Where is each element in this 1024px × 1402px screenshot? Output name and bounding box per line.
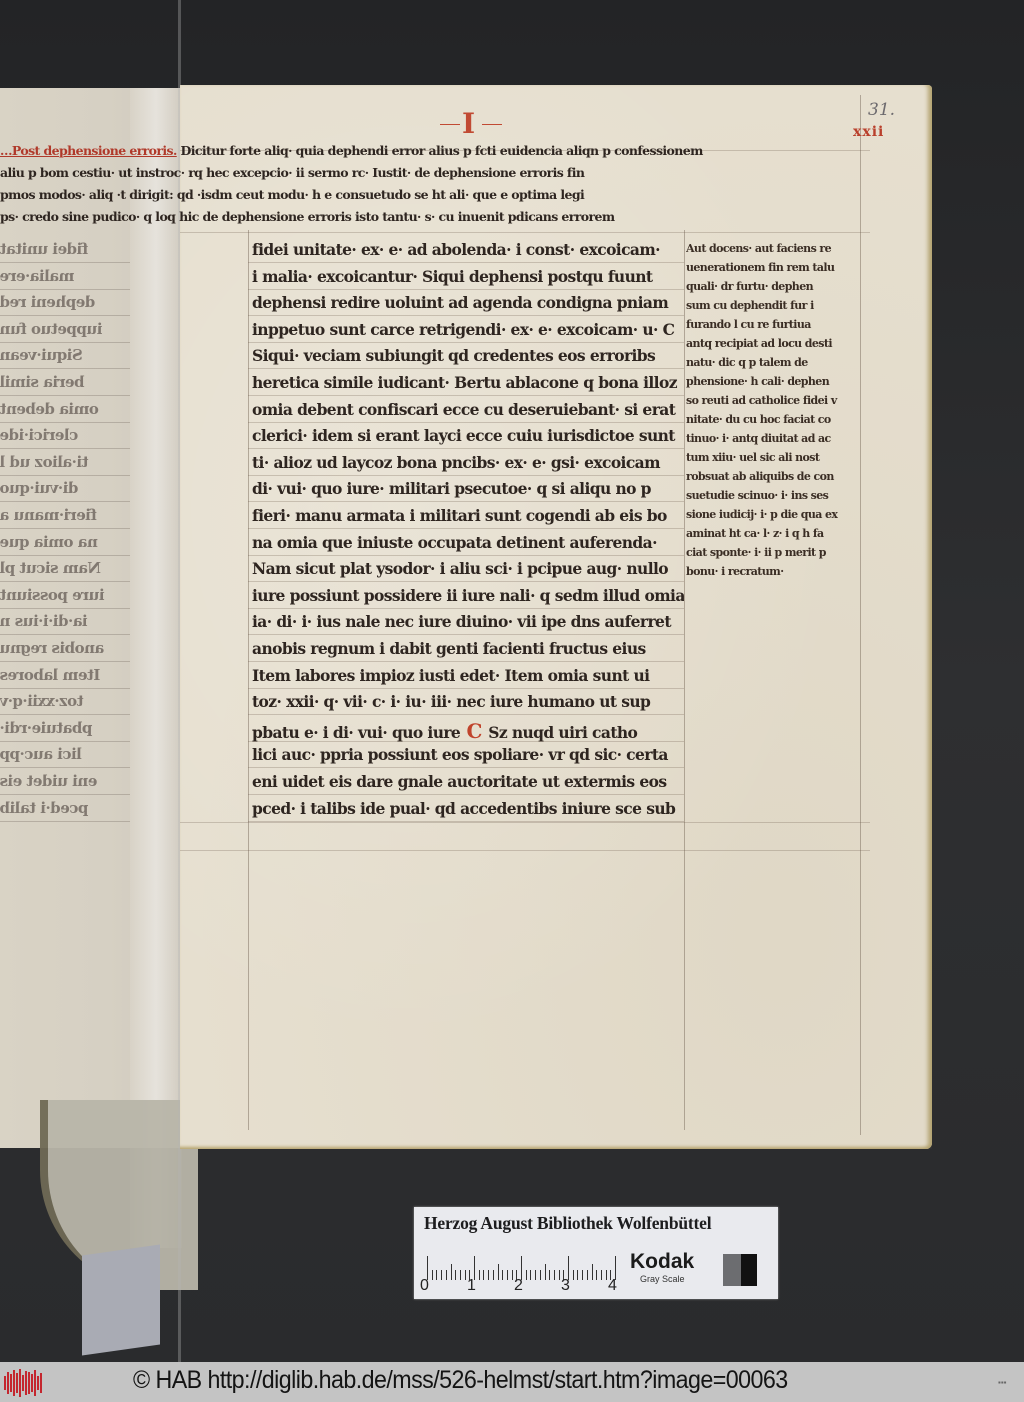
ghost-ruling: [0, 555, 130, 556]
heading-text: pmos modos· aliq ·t dirigit: qd ·isdm ce…: [0, 187, 584, 202]
rubric-title: …Post dephensione erroris.: [0, 143, 177, 158]
main-text-line: clerici· idem si erant layci ecce cuiu i…: [252, 426, 684, 445]
heading-line: aliu p bom cestiu· ut instroc· rq hec ex…: [0, 165, 868, 180]
heading-line: pmos modos· aliq ·t dirigit: qd ·isdm ce…: [0, 187, 868, 202]
ghost-line: fidei unitat: [0, 240, 130, 258]
ghost-ruling: [0, 395, 130, 396]
heading-line: ps· credo sine pudico· q loq hic de deph…: [0, 209, 868, 224]
ghost-ruling: [0, 634, 130, 635]
ruling-left-margin: [248, 230, 249, 1130]
main-text-line: eni uidet eis dare gnale auctoritate ut …: [252, 772, 684, 791]
color-target-card: Herzog August Bibliothek Wolfenbüttel 01…: [414, 1207, 778, 1299]
main-text-line: heretica simile iudicant· Bertu ablacone…: [252, 373, 684, 392]
ghost-line: ia·di·i·ius n: [0, 612, 130, 630]
ghost-line: beria simil: [0, 373, 130, 391]
ghost-ruling: [0, 528, 130, 529]
ghost-line: omia debent: [0, 400, 130, 418]
ghost-line: Item labores: [0, 666, 130, 684]
ruling-line: [248, 368, 684, 369]
ghost-line: clerici·ide: [0, 426, 130, 444]
ghost-line: pbatuie·rdi·: [0, 719, 130, 737]
ruling-line: [248, 688, 684, 689]
ruling-line: [248, 581, 684, 582]
ruling-line: [248, 661, 684, 662]
ghost-ruling: [0, 262, 130, 263]
ruling-footer-line: [180, 850, 870, 851]
gloss-line: uenerationem fin rem talu: [686, 261, 858, 274]
gloss-line: sum cu dephendit fur i: [686, 299, 858, 312]
ruling-line: [248, 528, 684, 529]
ghost-ruling: [0, 475, 130, 476]
ghost-line: Siqui·vean: [0, 346, 130, 364]
ghost-ruling: [0, 794, 130, 795]
heading-text: aliu p bom cestiu· ut instroc· rq hec ex…: [0, 165, 584, 180]
gloss-line: phensione· h cali· dephen: [686, 375, 858, 388]
ghost-line: iuppetuo fun: [0, 320, 130, 338]
ruling-line: [248, 741, 684, 742]
manuscript-image-viewer: fidei unitatmalia·eredepheni rediuppetuo…: [0, 0, 1024, 1364]
ghost-line: pced·i talib: [0, 799, 130, 817]
ghost-ruling: [0, 342, 130, 343]
ruler-number: 1: [467, 1277, 476, 1295]
ghost-line: depheni red: [0, 293, 130, 311]
ghost-ruling: [0, 661, 130, 662]
ghost-ruling: [0, 714, 130, 715]
ruling-line: [248, 422, 684, 423]
main-text-line: ti· alioz ud laycoz bona pncibs· ex· e· …: [252, 453, 684, 472]
main-text-line: Item labores impioz iusti edet· Item omi…: [252, 666, 684, 685]
ghost-line: lici auc·pp: [0, 745, 130, 763]
main-text-line: ia· di· i· ius nale nec iure diuino· vii…: [252, 612, 684, 631]
main-text-line: Siqui· veciam subiungit qd credentes eos…: [252, 346, 684, 365]
ghost-ruling: [0, 422, 130, 423]
ghost-ruling: [0, 289, 130, 290]
ruling-line: [248, 821, 684, 822]
ruler-number: 4: [608, 1277, 617, 1295]
copyright-url[interactable]: © HAB http://diglib.hab.de/mss/526-helms…: [133, 1366, 788, 1395]
gloss-line: tinuo· i· antq diuitat ad ac: [686, 432, 858, 445]
ruling-line: [248, 634, 684, 635]
main-text-line: inppetuo sunt carce retrigendi· ex· e· e…: [252, 320, 684, 339]
ghost-ruling: [0, 501, 130, 502]
kodak-logo: Kodak: [630, 1250, 694, 1274]
ghost-ruling: [0, 821, 130, 822]
ghost-line: na omia que: [0, 533, 130, 551]
ruling-line: [248, 448, 684, 449]
ghost-ruling: [0, 688, 130, 689]
ghost-ruling: [0, 767, 130, 768]
ruler-number: 0: [420, 1277, 429, 1295]
ghost-ruling: [0, 448, 130, 449]
gloss-line: nitate· du cu hoc faciat co: [686, 413, 858, 426]
ruling-line: [248, 608, 684, 609]
ghost-line: anobis regnu: [0, 639, 130, 657]
gloss-line: natu· dic q p talem de: [686, 356, 858, 369]
ruler-numbers: 01234: [420, 1277, 620, 1295]
heading-text: Dicitur forte aliq· quia dephendi error …: [177, 143, 703, 158]
gloss-line: suetudie scinuo· i· ins ses: [686, 489, 858, 502]
ghost-ruling: [0, 581, 130, 582]
library-name: Herzog August Bibliothek Wolfenbüttel: [424, 1213, 711, 1234]
ghost-ruling: [0, 315, 130, 316]
main-text-line: omia debent confiscari ecce cu deseruieb…: [252, 400, 684, 419]
ruling-text-bottom: [180, 822, 870, 823]
main-text-line: lici auc· ppria possiunt eos spoliare· v…: [252, 745, 684, 764]
ghost-line: ti·alioz ud l: [0, 453, 130, 471]
gloss-line: antq recipiat ad locu desti: [686, 337, 858, 350]
ruling-column-divider: [684, 230, 685, 1130]
ghost-line: fieri·manu a: [0, 506, 130, 524]
main-text-line: iure possiunt possidere ii iure nali· q …: [252, 586, 684, 605]
main-text-line: na omia que iniuste occupata detinent au…: [252, 533, 684, 552]
ghost-ruling: [0, 608, 130, 609]
gloss-line: ciat sponte· i· ii p merit p: [686, 546, 858, 559]
gloss-line: furando l cu re furtiua: [686, 318, 858, 331]
main-text-line: dephensi redire uoluint ad agenda condig…: [252, 293, 684, 312]
gloss-line: tum xiiu· uel sic ali nost: [686, 451, 858, 464]
main-text-line: pced· i talibs ide pual· qd accedentibs …: [252, 799, 684, 818]
main-text-line: Nam sicut plat ysodor· i aliu sci· i pci…: [252, 559, 684, 578]
main-text-continuation: Sz nuqd uiri catho: [488, 723, 637, 742]
ghost-line: toz·xxii·q·v: [0, 692, 130, 710]
ghost-line: di·vui·quo: [0, 479, 130, 497]
kodak-subtitle: Gray Scale: [640, 1274, 685, 1284]
main-text-line: toz· xxii· q· vii· c· i· iu· iii· nec iu…: [252, 692, 684, 711]
gray-patch-black: [741, 1254, 757, 1286]
ghost-ruling: [0, 368, 130, 369]
ruling-line: [248, 315, 684, 316]
decorated-initial: I: [462, 110, 475, 138]
ruler-number: 2: [514, 1277, 523, 1295]
heading-line: …Post dephensione erroris. Dicitur forte…: [0, 143, 868, 158]
folio-number: 31.: [868, 100, 895, 120]
ghost-line: malia·ere: [0, 267, 130, 285]
ghost-line: iure possiunt: [0, 586, 130, 604]
red-initial: C: [460, 719, 488, 743]
gloss-line: sione iudicij· i· p die qua ex: [686, 508, 858, 521]
ruling-line: [248, 767, 684, 768]
options-icon[interactable]: ▪▪▪: [998, 1378, 1007, 1387]
main-text-line: di· vui· quo iure· militari psecutoe· q …: [252, 479, 684, 498]
heading-text: ps· credo sine pudico· q loq hic de deph…: [0, 209, 614, 224]
ruling-head-bottom: [180, 232, 870, 233]
ruling-line: [248, 395, 684, 396]
gloss-line: quali· dr furtu· dephen: [686, 280, 858, 293]
main-text-line: anobis regnum i dabit genti facienti fru…: [252, 639, 684, 658]
ruling-line: [248, 289, 684, 290]
footer-bar: © HAB http://diglib.hab.de/mss/526-helms…: [0, 1362, 1024, 1402]
gloss-line: bonu· i recratum·: [686, 565, 858, 578]
gloss-line: so reuti ad catholice fidei v: [686, 394, 858, 407]
ruling-line: [248, 555, 684, 556]
ruling-line: [248, 794, 684, 795]
main-text-line: i malia· excoicantur· Siqui dephensi pos…: [252, 267, 684, 286]
main-text-line: fidei unitate· ex· e· ad abolenda· i con…: [252, 240, 684, 259]
ghost-line: Nam sicut pl: [0, 559, 130, 577]
ruling-line: [248, 262, 684, 263]
gloss-line: aminat ht ca· l· z· i q h fa: [686, 527, 858, 540]
glass-plate-reflection: [130, 88, 182, 1248]
shelfmark-label: [82, 1245, 160, 1356]
gloss-line: robsuat ab aliquibs de con: [686, 470, 858, 483]
ruling-line: [248, 342, 684, 343]
gloss-line: Aut docens· aut faciens re: [686, 242, 858, 255]
ruling-line: [248, 714, 684, 715]
gray-patch-mid: [723, 1254, 741, 1286]
ruling-line: [248, 501, 684, 502]
main-text-line: pbatu e· i di· vui· quo iure C Sz nuqd u…: [252, 719, 684, 743]
ruler-number: 3: [561, 1277, 570, 1295]
ghost-ruling: [0, 741, 130, 742]
main-text-line: fieri· manu armata i militari sunt cogen…: [252, 506, 684, 525]
hab-logo-icon: [4, 1369, 48, 1397]
ruling-right-margin: [860, 95, 861, 1135]
ghost-line: eni uidet eis: [0, 772, 130, 790]
chapter-number: xxii: [853, 124, 884, 140]
ruling-line: [248, 475, 684, 476]
